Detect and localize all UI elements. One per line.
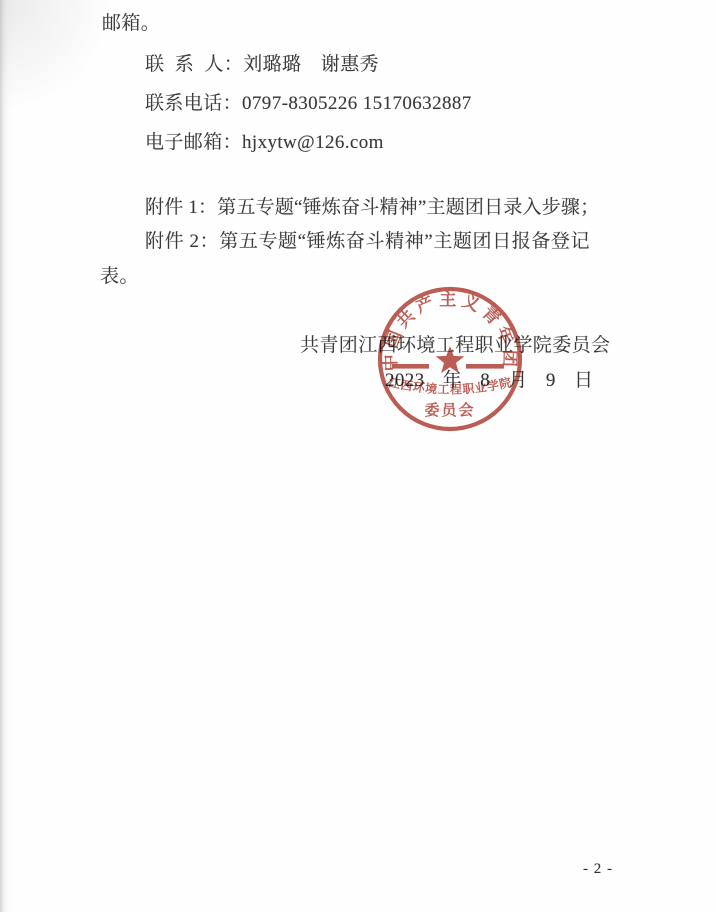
seal-committee-text: 委员会 [424, 401, 475, 419]
scan-edge-shadow [0, 0, 14, 912]
attachment-2-continuation-line: 表。 [100, 265, 139, 288]
seal-left-bar [392, 364, 429, 369]
seal-graphic: 中国共产主义青年团 江西环境工程职业学院 委员会 [370, 279, 530, 439]
contact-phone-line: 联系电话：0797-8305226 15170632887 [145, 92, 472, 115]
seal-ring-circle [380, 289, 520, 429]
seal-ring-text: 中国共产主义青年团 [380, 289, 520, 372]
paragraph-ending-line: 邮箱。 [102, 12, 160, 35]
scan-corner-shade [0, 0, 110, 110]
official-seal: 中国共产主义青年团 江西环境工程职业学院 委员会 [370, 279, 530, 439]
contact-person-line: 联 系 人：刘璐璐 谢惠秀 [145, 53, 379, 76]
issue-date-line: 2023 年 8 月 9 日 [385, 369, 593, 392]
seal-right-bar [466, 364, 504, 369]
document-page: 邮箱。 联 系 人：刘璐璐 谢惠秀 联系电话：0797-8305226 1517… [0, 0, 716, 912]
attachment-2-line: 附件 2：第五专题“锤炼奋斗精神”主题团日报备登记 [145, 230, 590, 253]
page-number: - 2 - [583, 858, 613, 881]
attachment-1-line: 附件 1：第五专题“锤炼奋斗精神”主题团日录入步骤； [145, 196, 599, 219]
issuer-signature-line: 共青团江西环境工程职业学院委员会 [300, 334, 610, 357]
contact-email-line: 电子邮箱：hjxytw@126.com [145, 131, 384, 154]
